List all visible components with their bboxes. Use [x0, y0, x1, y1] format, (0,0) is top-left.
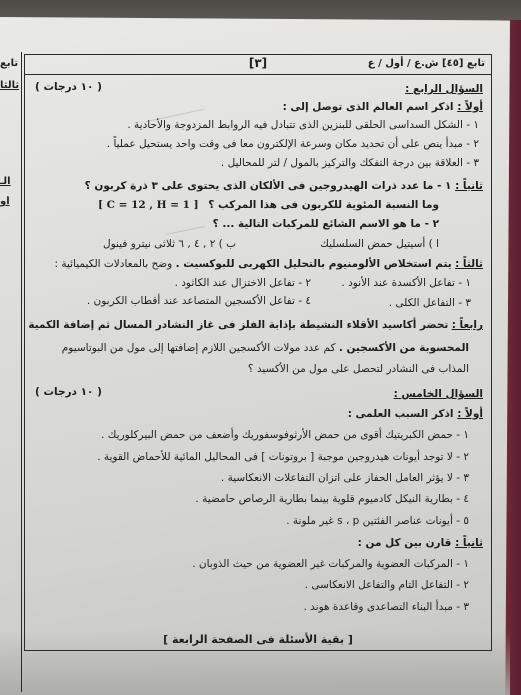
- q4-part2-q1-line2: وما النسبة المئوية للكربون فى هذا المركب…: [98, 198, 439, 212]
- q4-part4-line3: المذاب فى النشادر لتحصل على مول من الأكس…: [248, 362, 469, 376]
- previous-sheet-label: تابع: [0, 58, 20, 69]
- q4-part3-label: ثالثاً :: [455, 258, 483, 270]
- previous-sheet-label: الـ: [0, 176, 20, 187]
- q4-part3-item: ٣ - التفاعل الكلى .: [389, 296, 471, 310]
- q4-part3-item: ١ - تفاعل الأكسدة عند الأنود .: [341, 276, 471, 290]
- exam-frame: تابع [٤٥] ش.ع / أول / ع [٣] ( ١٠ درجات )…: [24, 54, 492, 651]
- q5-part2-label: ثانياً :: [455, 537, 483, 549]
- q4-part2-q2: ٢ - ما هو الاسم الشائع للمركبات التالية …: [213, 217, 439, 231]
- q5-part2-heading: ثانياً : قارن بين كل من :: [358, 536, 483, 550]
- q4-part3-prompt-rest: وضح بالمعادلات الكيميائية :: [54, 258, 172, 270]
- q4-part2-option-b: ب ) ٢ , ٤ , ٦ ثلاثى نيترو فينول: [103, 237, 236, 251]
- q5-part1-heading: أولاً : اذكر السبب العلمى :: [348, 407, 483, 421]
- q5-part2-item: ٣ - مبدأ البناء التصاعدى وقاعدة هوند .: [304, 600, 470, 614]
- q4-part2-q1: ثانياً : ١ - ما عدد ذرات الهيدروجين فى ا…: [85, 179, 483, 193]
- q4-marks: ( ١٠ درجات ): [35, 81, 102, 93]
- previous-sheet-edge: تابع ثالثاً الـ أو: [0, 52, 22, 692]
- q5-part1-prompt: اذكر السبب العلمى :: [348, 408, 454, 420]
- q5-part2-item: ٢ - التفاعل التام والتفاعل الانعكاسى .: [305, 578, 469, 592]
- q5-part2-prompt: قارن بين كل من :: [358, 537, 452, 549]
- q4-part4-line1: رابعاً : تحضر أكاسيد الأقلاء النشيطة بإذ…: [28, 318, 483, 332]
- q5-part1-item: ٤ - بطارية النيكل كادميوم قلوية بينما بط…: [195, 492, 469, 506]
- previous-sheet-label: ثالثاً: [0, 80, 20, 91]
- q4-title: السؤال الرابع :: [405, 82, 483, 96]
- q4-part3-item: ٢ - تفاعل الاختزال عند الكاثود .: [175, 276, 311, 290]
- pencil-mark: [165, 226, 204, 235]
- q5-marks: ( ١٠ درجات ): [35, 386, 102, 398]
- q4-part3-item: ٤ - تفاعل الأكسجين المتصاعد عند أقطاب ال…: [87, 294, 311, 308]
- q5-part1-item: ٣ - لا يؤثر العامل الحفاز على اتزان التف…: [221, 471, 469, 485]
- q4-part4-label: رابعاً :: [452, 319, 483, 331]
- q4-part1-prompt: اذكر اسم العالم الذى توصل إلى :: [283, 101, 454, 113]
- atomic-masses: [ C = 12 , H = 1 ]: [98, 199, 199, 211]
- q5-part1-item: ٥ - أيونات عناصر الفئتين s ، p غير ملونة…: [286, 514, 469, 528]
- continued-note: [ بقية الأسئلة فى الصفحة الرابعة ]: [25, 633, 491, 646]
- q4-part1-item: ١ - الشكل السداسى الحلقى للبنزين الذى تت…: [127, 118, 479, 132]
- q4-part2-option-a: ا ) أسيتيل حمض السلسليك: [320, 237, 439, 251]
- page-number: [٣]: [25, 56, 491, 70]
- q5-part2-item: ١ - المركبات العضوية والمركبات غير العضو…: [192, 557, 469, 571]
- q4-part1-heading: أولاً : اذكر اسم العالم الذى توصل إلى :: [283, 100, 483, 114]
- sheet-header: تابع [٤٥] ش.ع / أول / ع [٣]: [25, 55, 491, 75]
- q4-part2-label: ثانياً :: [455, 180, 483, 192]
- q4-part3-heading: ثالثاً : يتم استخلاص الألومنيوم بالتحليل…: [54, 257, 483, 271]
- q5-title: السؤال الخامس :: [394, 387, 483, 401]
- q5-part1-item: ٢ - لا توجد أيونات هيدروجين موجبة [ بروت…: [97, 450, 469, 464]
- q5-part1-label: أولاً :: [457, 408, 483, 420]
- q4-part2-q1-line1: ١ - ما عدد ذرات الهيدروجين فى الألكان ال…: [85, 180, 452, 192]
- q4-part1-item: ٣ - العلاقة بين درجة التفكك والتركيز بال…: [221, 156, 479, 170]
- q4-part1-label: أولاً :: [457, 101, 483, 113]
- q4-part3-prompt: يتم استخلاص الألومنيوم بالتحليل الكهربى …: [176, 258, 452, 270]
- q4-part1-item: ٢ - مبدأ ينص على أن تحديد مكان وسرعة الإ…: [107, 137, 479, 151]
- q5-part1-item: ١ - حمض الكبريتيك أقوى من حمض الأرثوفوسف…: [101, 428, 469, 442]
- previous-sheet-label: أو: [0, 196, 20, 207]
- q4-part4-line2: المحسوبة من الأكسجين . كم عدد مولات الأك…: [62, 341, 469, 355]
